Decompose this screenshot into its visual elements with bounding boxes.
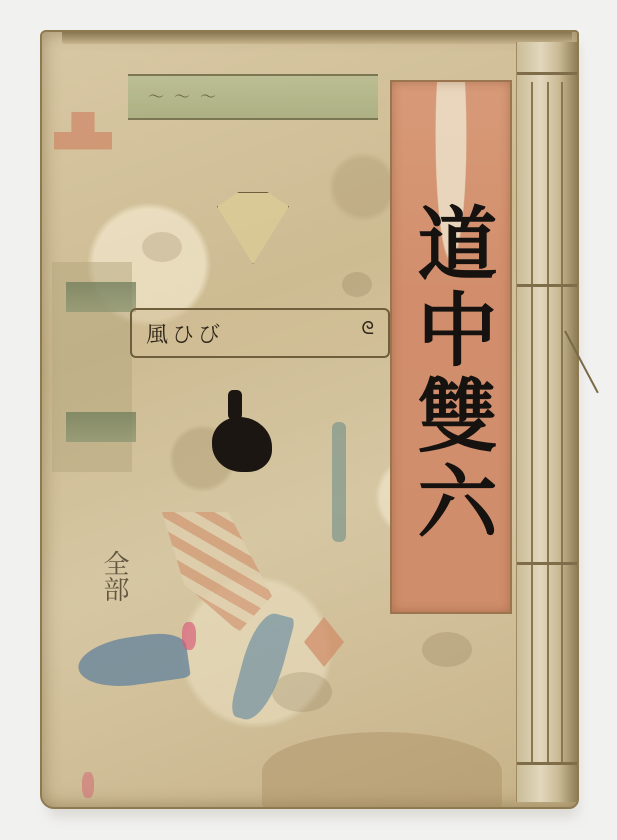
spine-line	[561, 82, 563, 762]
binding-thread	[517, 284, 579, 287]
stain	[142, 232, 182, 262]
stain	[272, 672, 332, 712]
left-panel	[52, 262, 132, 472]
figure-hair-ornament	[228, 390, 242, 420]
book-title: 道中雙六	[392, 202, 510, 546]
figure-hair	[212, 417, 272, 472]
spine-line	[547, 82, 549, 762]
figure-robe	[162, 512, 272, 632]
spine-line	[531, 82, 533, 762]
cartouche-label: 風ひび ᘓ	[130, 308, 390, 358]
cartouche-text: 風ひび	[146, 318, 224, 349]
title-slip: 道中雙六	[390, 80, 512, 614]
pink-mark	[82, 772, 94, 798]
binding-thread	[517, 562, 579, 565]
binding-thread	[517, 762, 579, 765]
stain	[422, 632, 472, 667]
orange-glyph-mark	[54, 112, 112, 162]
green-patch-lower	[66, 412, 136, 442]
book-spine	[516, 42, 577, 802]
teal-plant	[332, 422, 346, 542]
cartouche-small-text: ᘓ	[361, 318, 374, 339]
bottom-stain	[262, 732, 502, 809]
top-green-banner: 〜〜〜	[128, 74, 378, 120]
left-vertical-text: 全部	[96, 550, 133, 602]
binding-thread	[517, 72, 579, 75]
pink-mark	[182, 622, 196, 650]
orange-leaf	[304, 617, 344, 667]
banner-text: 〜〜〜	[148, 84, 226, 107]
stain	[342, 272, 372, 297]
book-top-edge	[62, 30, 572, 44]
green-patch-upper	[66, 282, 136, 312]
book-cover: 〜〜〜 風ひび ᘓ 全部 道中雙六	[40, 30, 579, 809]
blue-wing-shape	[75, 630, 191, 693]
fan-illustration	[217, 192, 289, 264]
